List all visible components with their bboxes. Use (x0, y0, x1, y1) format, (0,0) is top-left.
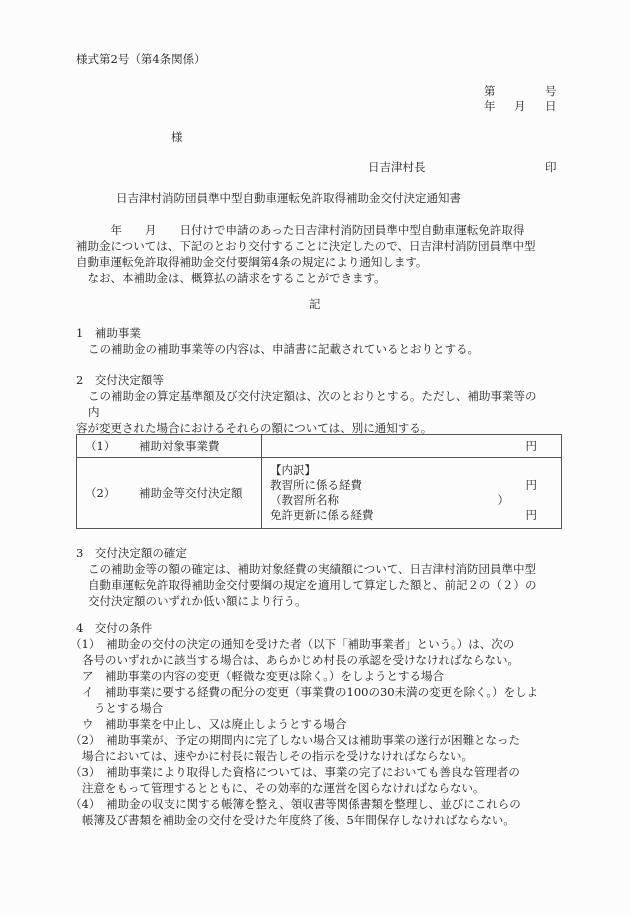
condition-4-line: （4） 補助金の収支に関する帳簿を整え、領収書等関係書類を整理し、並びにこれらの (70, 796, 560, 812)
condition-1-line: （1） 補助金の交付の決定の通知を受けた者（以下「補助事業者」という。）は、次の (70, 636, 560, 652)
yen-unit: 円 (526, 478, 554, 493)
breakdown-title: 【内訳】 (270, 463, 316, 478)
row-number: （2） (85, 485, 139, 501)
section-3-line: 交付決定額のいずれか低い額により行う。 (76, 593, 566, 609)
addressee-suffix: 様 (171, 130, 183, 144)
document-title: 日吉津村消防団員準中型自動車運転免許取得補助金交付決定通知書 (116, 191, 461, 205)
condition-item-u: ウ 補助事業を中止し、又は廃止しようとする場合 (70, 716, 560, 732)
section-1-body: この補助金の補助事業等の内容は、申請書に記載されているとおりとする。 (76, 341, 566, 357)
condition-1-line: 各号のいずれかに該当する場合は、あらかじめ村長の承認を受けなければならない。 (70, 652, 560, 668)
section-1: 1 補助事業 この補助金の補助事業等の内容は、申請書に記載されているとおりとする… (76, 325, 566, 357)
condition-item-a: ア 補助事業の内容の変更（軽微な変更は除く。）をしようとする場合 (70, 668, 560, 684)
date-year-label: 年 (484, 99, 496, 113)
section-3-heading: 3 交付決定額の確定 (76, 545, 566, 561)
table-label-cell: （2）補助金等交付決定額 (77, 458, 262, 529)
intro-line: 補助金については、下記のとおり交付することに決定したので、日吉津村消防団員準中型 (76, 238, 566, 254)
table-value-cell[interactable]: 円 (262, 435, 562, 458)
row-label: 補助金等交付決定額 (139, 486, 243, 500)
section-1-heading: 1 補助事業 (76, 325, 566, 341)
date-month-label: 月 (514, 99, 526, 113)
condition-item-i-cont: うとする場合 (70, 700, 560, 716)
school-cost-label: 教習所に係る経費 (270, 478, 362, 493)
condition-3-line: （3） 補助事業により取得した資格については、事業の完了においても善良な管理者の (70, 764, 560, 780)
table-row: （1）補助対象事業費 円 (77, 435, 562, 458)
table-value-cell[interactable]: 【内訳】 教習所に係る経費 円 （教習所名称 ） 免許更新に係る経費 円 (262, 458, 562, 529)
section-4-heading: 4 交付の条件 (70, 620, 560, 636)
school-name-label: （教習所名称 (270, 493, 339, 508)
section-2-heading: 2 交付決定額等 (76, 372, 566, 388)
document-number-suffix: 号 (545, 84, 557, 98)
condition-4-line: 帳簿及び書類を補助金の交付を受けた年度終了後、5年間保存しなければならない。 (70, 812, 560, 828)
school-name-close-paren: ） (498, 493, 554, 508)
section-4: 4 交付の条件 （1） 補助金の交付の決定の通知を受けた者（以下「補助事業者」と… (70, 620, 560, 828)
table-label-cell: （1）補助対象事業費 (77, 435, 262, 458)
yen-unit: 円 (526, 508, 554, 523)
grant-amount-table: （1）補助対象事業費 円 （2）補助金等交付決定額 【内訳】 教習所に係る経費 … (76, 434, 562, 529)
condition-2-line: 場合においては、速やかに村長に報告しその指示を受けなければならない。 (70, 748, 560, 764)
condition-item-i: イ 補助事業に要する経費の配分の変更（事業費の100の30未満の変更を除く。）を… (70, 684, 560, 700)
issuer-name: 日吉津村長 (368, 160, 426, 174)
intro-paragraph: 年 月 日付けで申請のあった日吉津村消防団員準中型自動車運転免許取得 補助金につ… (76, 222, 566, 286)
section-2-body-line: 内 (76, 404, 566, 420)
table-row: （2）補助金等交付決定額 【内訳】 教習所に係る経費 円 （教習所名称 ） 免許… (77, 458, 562, 529)
condition-3-line: 注意をもって管理するとともに、その効率的な運営を図らなければならない。 (70, 780, 560, 796)
intro-line: 年 月 日付けで申請のあった日吉津村消防団員準中型自動車運転免許取得 (76, 222, 566, 238)
row-label: 補助対象事業費 (139, 439, 220, 453)
intro-line: 自動車運転免許取得補助金交付要綱第4条の規定により通知します。 (76, 254, 566, 270)
section-2-body-line: この補助金の算定基準額及び交付決定額は、次のとおりとする。ただし、補助事業等の (76, 388, 566, 404)
section-2: 2 交付決定額等 この補助金の算定基準額及び交付決定額は、次のとおりとする。ただ… (76, 372, 566, 436)
document-number-prefix: 第 (484, 84, 496, 98)
row-number: （1） (85, 438, 139, 454)
condition-2-line: （2） 補助事業が、予定の期間内に完了しない場合又は補助事業の遂行が困難となった (70, 732, 560, 748)
ki-heading: 記 (309, 297, 321, 311)
section-3-line: この補助金等の額の確定は、補助対象経費の実績額について、日吉津村消防団員準中型 (76, 561, 566, 577)
date-day-label: 日 (545, 99, 557, 113)
intro-line: なお、本補助金は、概算払の請求をすることができます。 (76, 270, 566, 286)
renewal-cost-label: 免許更新に係る経費 (270, 508, 374, 523)
seal-mark: 印 (545, 160, 557, 174)
yen-unit: 円 (526, 439, 554, 454)
section-3: 3 交付決定額の確定 この補助金等の額の確定は、補助対象経費の実績額について、日… (76, 545, 566, 609)
section-3-line: 自動車運転免許取得補助金交付要綱の規定を適用して算定した額と、前記２の（２）の (76, 577, 566, 593)
form-number: 様式第2号（第4条関係） (76, 52, 206, 66)
